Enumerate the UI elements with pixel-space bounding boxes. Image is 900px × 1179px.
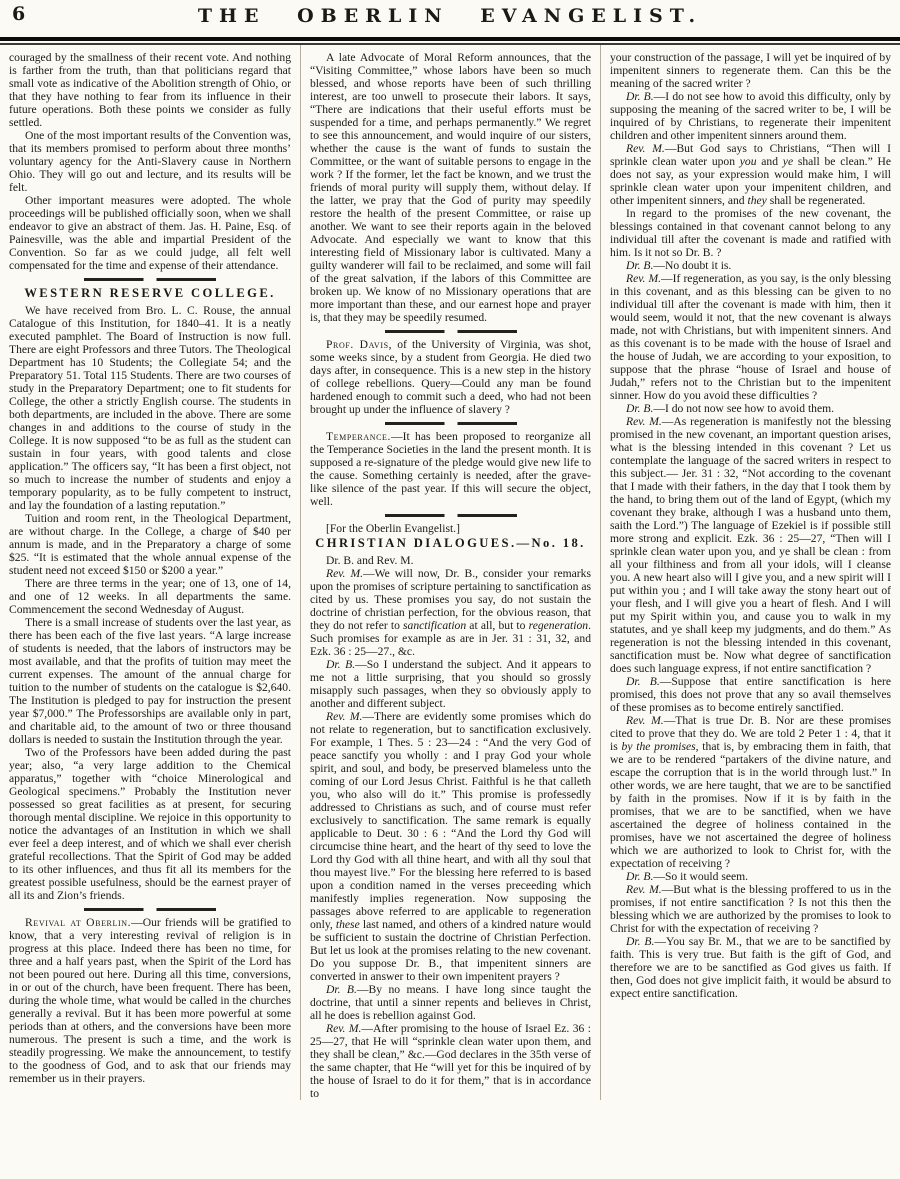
article-paragraph: Dr. B.—By no means. I have long since ta… [310, 983, 591, 1022]
article-paragraph: One of the most important results of the… [9, 129, 291, 194]
masthead-rule-thick [0, 37, 900, 41]
section-separator [84, 278, 216, 281]
article-paragraph: Dr. B.—So it would seem. [610, 870, 891, 883]
article-paragraph: your construction of the passage, I will… [610, 51, 891, 90]
section-heading: WESTERN RESERVE COLLEGE. [9, 286, 291, 301]
column-1: couraged by the smallness of their recen… [0, 45, 300, 1100]
article-paragraph: There is a small increase of students ov… [9, 616, 291, 746]
article-paragraph: Revival at Oberlin.—Our friends will be … [9, 916, 291, 1085]
column-container: couraged by the smallness of their recen… [0, 45, 900, 1100]
speaker-label: Rev. M. [626, 272, 661, 285]
article-paragraph: Rev. M.—If regeneration, as you say, is … [610, 272, 891, 402]
run-in-head: Revival at Oberlin. [25, 916, 131, 929]
speaker-label: Dr. B. [626, 90, 654, 103]
section-separator [385, 330, 517, 333]
speaker-label: Dr. B. [626, 259, 653, 272]
article-paragraph: Dr. B.—I do not now see how to avoid the… [610, 402, 891, 415]
section-separator [385, 514, 517, 517]
article-paragraph: Rev. M.—That is true Dr. B. Nor are thes… [610, 714, 891, 870]
speaker-label: Rev. M. [326, 567, 363, 580]
article-paragraph: Dr. B.—You say Br. M., that we are to be… [610, 935, 891, 1000]
article-paragraph: There are three terms in the year; one o… [9, 577, 291, 616]
article-paragraph: Rev. M.—There are evidently some promise… [310, 710, 591, 983]
speaker-label: by the promises [622, 740, 696, 753]
speaker-label: Dr. B. [626, 935, 654, 948]
speaker-label: Dr. B. [326, 658, 355, 671]
article-paragraph: Two of the Professors have been added du… [9, 746, 291, 902]
newspaper-page: 6 THE OBERLIN EVANGELIST. couraged by th… [0, 0, 900, 1179]
article-paragraph: Rev. M.—But what is the blessing proffer… [610, 883, 891, 935]
masthead-rule-thin [0, 43, 900, 45]
speaker-label: Rev. M. [326, 1022, 361, 1035]
speaker-label: you [740, 155, 757, 168]
article-paragraph: Temperance.—It has been proposed to reor… [310, 430, 591, 508]
article-paragraph: Dr. B.—No doubt it is. [610, 259, 891, 272]
speaker-label: Dr. B. [626, 675, 660, 688]
speaker-label: Rev. M. [626, 714, 664, 727]
speaker-label: Rev. M. [326, 710, 362, 723]
article-paragraph: Dr. B.—So I understand the subject. And … [310, 658, 591, 710]
article-paragraph: Dr. B.—I do not see how to avoid this di… [610, 90, 891, 142]
column-3: your construction of the passage, I will… [600, 45, 900, 1100]
speaker-label: regeneration [529, 619, 588, 632]
article-paragraph: Tuition and room rent, in the Theologica… [9, 512, 291, 577]
speaker-label: Rev. M. [626, 883, 662, 896]
section-heading: CHRISTIAN DIALOGUES.—No. 18. [310, 536, 591, 551]
speaker-label: Dr. B. [626, 402, 653, 415]
run-in-head: Prof. Davis, [326, 338, 392, 351]
article-paragraph: We have received from Bro. L. C. Rouse, … [9, 304, 291, 512]
article-paragraph: Prof. Davis, of the University of Virgin… [310, 338, 591, 416]
article-paragraph: Other important measures were adopted. T… [9, 194, 291, 272]
section-separator [84, 908, 216, 911]
speaker-label: ye [783, 155, 793, 168]
article-paragraph: Rev. M.—After promising to the house of … [310, 1022, 591, 1100]
section-separator [385, 422, 517, 425]
article-paragraph: Rev. M.—As regeneration is manifestly no… [610, 415, 891, 675]
section-kicker: [For the Oberlin Evangelist.] [310, 522, 591, 535]
speaker-label: Rev. M. [626, 142, 665, 155]
article-paragraph: couraged by the smallness of their recen… [9, 51, 291, 129]
speaker-label: they [747, 194, 766, 207]
speaker-label: Dr. B. [626, 870, 653, 883]
speaker-label: these [336, 918, 360, 931]
masthead: 6 THE OBERLIN EVANGELIST. [0, 0, 900, 35]
speaker-label: Dr. B. [326, 983, 357, 996]
speaker-label: Rev. M. [626, 415, 662, 428]
article-paragraph: Rev. M.—We will now, Dr. B., consider yo… [310, 567, 591, 658]
article-paragraph: A late Advocate of Moral Reform announce… [310, 51, 591, 324]
article-paragraph: In regard to the promises of the new cov… [610, 207, 891, 259]
column-2: A late Advocate of Moral Reform announce… [300, 45, 600, 1100]
article-paragraph: Dr. B.—Suppose that entire sanctificatio… [610, 675, 891, 714]
article-paragraph: Rev. M.—But God says to Christians, “The… [610, 142, 891, 207]
masthead-title: THE OBERLIN EVANGELIST. [0, 4, 900, 28]
run-in-head: Temperance. [326, 430, 391, 443]
section-byline: Dr. B. and Rev. M. [310, 554, 591, 567]
speaker-label: sanctification [403, 619, 466, 632]
page-number: 6 [12, 3, 25, 25]
